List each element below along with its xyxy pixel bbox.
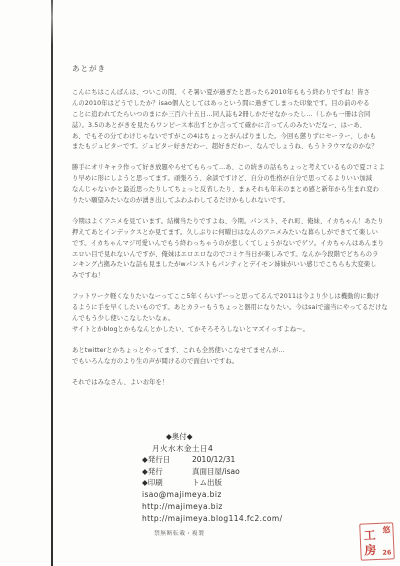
afterword-page: あとがき こんにちはこんばんは、ついこの間、くそ暑い夏が過ぎたと思ったら2010… [0,0,400,566]
text-line: フットワーク軽くなりたいなーってここ5年くらいずーっと思ってるんで2011は今よ… [72,292,384,303]
paragraph-2: 勝手にオリキャラ作って好き放題やらせてもらって…あ、この続きの話もちょっと考えて… [72,163,384,207]
text-line: 誌）。3.5のあとがきを見たらワンピース本出すとか言ってて確かに言ってんのみたい… [72,121,384,132]
text-line: んの2010年はどうでしたか？isao個人としてはあっという間に過ぎてしまった印… [72,99,384,110]
publish-date-label: ◆発行日 [142,454,192,466]
afterword-title: あとがき [72,63,384,74]
publisher-label: ◆発行 [142,466,192,478]
colophon-row-printer: ◆印刷 トム出版 [142,477,283,489]
text-line: 勝手にオリキャラ作って好き放題やらせてもらって…あ、この続きの話もちょっと考えて… [72,163,384,174]
text-line: り早めに形にしようと思ってます。頑張ろう、余談ですけど、自分の性格が自分で思って… [72,174,384,185]
colophon: ◆奥付◆ 月火水木金土日4 ◆発行日 2010/12/31 ◆発行 真面目屋/i… [142,431,283,537]
text-line: でもいろんな方のより生の声が聞けるので面白いですね。 [72,357,384,368]
text-line: です。イカちゃんマジ可愛いんでもう終わっちゃうのが悲しくてしょうがないでゲソ。イ… [72,239,384,250]
stamp-char-bottom-left: 房 [364,541,377,559]
text-line: あ、でもその分てわけじゃないですがこの4はちょっとがんばりました。今回も懲りずに… [72,132,384,143]
website-url: http://majimeya.biz [142,501,283,513]
text-line: 今期はよくアニメを見ています。結構当たりですよね、今期。パンスト、それ町、俺妹、… [72,217,384,228]
colophon-row-publish-date: ◆発行日 2010/12/31 [142,454,283,466]
text-line: あとtwitterとかちょっとやってます、これも全然使いこなせてませんが… [72,346,384,357]
printer-label: ◆印刷 [142,477,192,489]
publisher-value: 真面目屋/isao [192,466,240,478]
text-line: りたい願望みたいなのが湧き出してふわふわしてるだけかもしれないです。 [72,196,384,207]
colophon-header: ◆奥付◆ [142,431,283,443]
afterword-content: あとがき こんにちはこんばんは、ついこの間、くそ暑い夏が過ぎたと思ったら2010… [72,63,384,398]
text-line: サイトとかblogとかもなんとかしたい、てかそろそろしないとマズイっすよね〜。 [72,325,384,336]
publish-date-value: 2010/12/31 [192,454,235,466]
blog-url: http://majimeya.blog114.fc2.com/ [142,513,283,525]
text-line: ことに追われてたらいつのまにか三百六十五日…同人誌も2冊しかだせなかったし…（し… [72,110,384,121]
text-line: またもジュピターです。ジュピター好きだわー、超好きだわー、なんでしょうね、もうト… [72,142,384,153]
text-line: 押えてあとインデックスとか見てます。久しぶりに何曜日はなんのアニメみたいな暮らし… [72,228,384,239]
stamp-char-top-right: 悠 [382,524,390,535]
paragraph-4: フットワーク軽くなりたいなーってここ5年くらいずーっと思ってるんで2011は今よ… [72,292,384,336]
paragraph-3: 今期はよくアニメを見ています。結構当たりですよね、今期。パンスト、それ町、俺妹、… [72,217,384,282]
stamp-number: 26 [382,548,391,556]
page-edge-line [51,0,53,566]
colophon-row-publisher: ◆発行 真面目屋/isao [142,466,283,478]
text-line: なんじゃないかと最近思ったりしてちょっと反省したり、まぁそれも年末のまとめ感と新… [72,185,384,196]
printer-value: トム出版 [192,477,222,489]
paragraph-1: こんにちはこんばんは、ついこの間、くそ暑い夏が過ぎたと思ったら2010年ももう終… [72,88,384,153]
text-line: こんにちはこんばんは、ついこの間、くそ暑い夏が過ぎたと思ったら2010年ももう終… [72,88,384,99]
text-line: ンキング占拠みたいな話も見ましたがwパンストもパンティとデイモン姉妹がいい感じで… [72,260,384,271]
text-line: エロい目で見れないんですが、俺妹はエロエロなのでコミケ当日が楽しみです。なんか今… [72,250,384,261]
book-title: 月火水木金土日4 [142,443,283,455]
paragraph-5: あとtwitterとかちょっとやってます、これも全然使いこなせてませんが… でも… [72,346,384,368]
text-line: んでもう少し使いこなしたいなぁ。 [72,314,384,325]
closing-greeting: それではみなさん、よいお年を！ [72,378,384,389]
copyright-notice: 禁無断転載・複製 [142,528,283,537]
contact-email: isao@majimeya.biz [142,489,283,501]
text-line: それではみなさん、よいお年を！ [72,378,384,389]
watermark-stamp: 工 悠 房 26 [359,522,395,560]
text-line: るように手を早くしたいものです。あとカラーもうちょっと器用になりたい。今はsai… [72,303,384,314]
text-line: みですね！ [72,271,384,282]
